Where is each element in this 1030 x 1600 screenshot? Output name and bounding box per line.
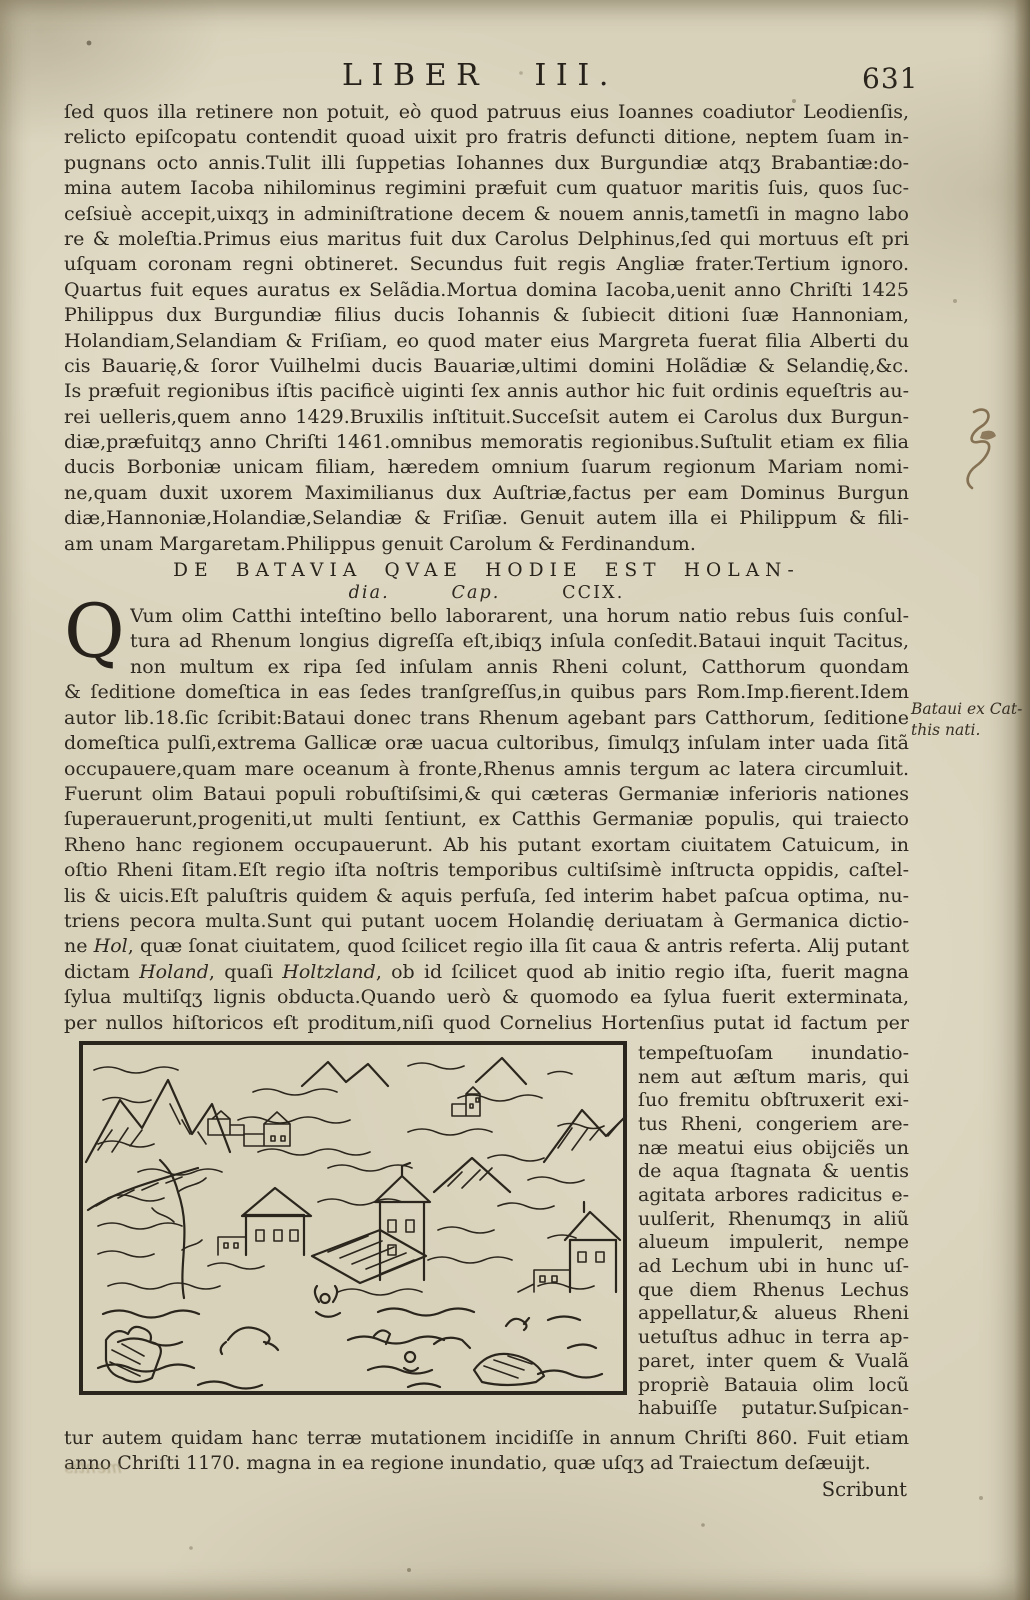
paper-specks bbox=[0, 0, 2, 2]
drop-cap-initial: Q bbox=[64, 607, 122, 657]
text-line: autor lib.18.ſic ſcribit:Bataui donec tr… bbox=[64, 706, 909, 731]
text-line: ducis Borboniæ unicam filiam, hæredem om… bbox=[64, 455, 909, 480]
text-span: am unam Margaretam.Philippus genuit Caro… bbox=[64, 533, 696, 555]
italic-text: Hol bbox=[94, 935, 128, 957]
text-line: tus Rheni, congeriem are- bbox=[638, 1113, 909, 1137]
text-line: Is præfuit regionibus iſtis pacificè uig… bbox=[64, 379, 909, 404]
text-column: ſed quos illa retinere non potuit, eò qu… bbox=[64, 100, 909, 1503]
text-span: relicto epiſcopatu contendit quoad uixit… bbox=[64, 126, 909, 148]
text-span: diæ,Hannoniæ,Holandiæ,Selandiæ & Friſiæ.… bbox=[64, 507, 909, 529]
chapter-heading-line1: DE BATAVIA QVAE HODIE EST HOLAN- bbox=[64, 559, 909, 583]
text-span: Quartus fuit eques auratus ex Selãdia.Mo… bbox=[64, 279, 909, 301]
text-span: occupauere,quam mare oceanum à fronte,Rh… bbox=[64, 758, 909, 780]
text-line: Holandiam,Selandiam & Friſiam, eo quod m… bbox=[64, 329, 909, 354]
text-span: uetuſtus adhuc in terra ap- bbox=[638, 1326, 909, 1348]
text-line: nem aut æſtum maris, qui bbox=[638, 1066, 909, 1090]
text-line: appellatur,& alueus Rheni bbox=[638, 1302, 909, 1326]
text-line: lis & uicis.Eſt paluſtris quidem & aquis… bbox=[64, 884, 909, 909]
text-span: uulſerit, Rhenumqʒ in aliũ bbox=[638, 1208, 909, 1230]
text-line: Vum olim Catthi inteſtino bello laborare… bbox=[130, 604, 909, 629]
chapter-heading: DE BATAVIA QVAE HODIE EST HOLAN- dia. Ca… bbox=[64, 559, 909, 604]
text-span: Holandiam,Selandiam & Friſiam, eo quod m… bbox=[64, 330, 909, 352]
page-edge-shadow bbox=[1014, 0, 1030, 1600]
text-span: ſuo fremitu obſtruxerit exi- bbox=[638, 1089, 909, 1111]
text-line: Rheno hanc regionem occupauerunt. Ab his… bbox=[64, 833, 909, 858]
text-line: & ſeditione domeſtica in eas ſedes tranſ… bbox=[64, 680, 909, 705]
chapter-opening-lines: Vum olim Catthi inteſtino bello laborare… bbox=[64, 604, 909, 655]
text-span: Fuerunt olim Bataui populi robuſtiſsimi,… bbox=[64, 783, 909, 805]
running-header: LIBER III. bbox=[0, 58, 960, 93]
margin-note-line2: this nati. bbox=[911, 720, 1029, 741]
chapter-opening: Q Vum olim Catthi inteſtino bello labora… bbox=[64, 604, 909, 655]
text-span: re & moleſtia.Primus eius maritus fuit d… bbox=[64, 228, 909, 250]
text-span: anno Chriſti 1170. magna in ea regione i… bbox=[64, 1452, 871, 1474]
text-line: ne,quam duxit uxorem Maximilianus dux Au… bbox=[64, 481, 909, 506]
text-line: dictam Holand, quaſi Holtzland, ob id ſc… bbox=[64, 960, 909, 985]
page-number: 631 bbox=[862, 62, 918, 95]
text-line: domeſtica pulſi,extrema Gallicæ oræ uacu… bbox=[64, 731, 909, 756]
text-line: mina autem Iacoba nihilominus regimini p… bbox=[64, 176, 909, 201]
text-span: Vum olim Catthi inteſtino bello laborare… bbox=[130, 605, 909, 627]
text-line: Fuerunt olim Bataui populi robuſtiſsimi,… bbox=[64, 782, 909, 807]
flood-paragraph-column: tempeſtuoſam inundatio-nem aut æſtum mar… bbox=[638, 1040, 909, 1421]
flood-woodcut-svg bbox=[78, 1040, 628, 1419]
text-line: diæ,præfuitqʒ anno Chriſti 1461.omnibus … bbox=[64, 430, 909, 455]
chapter-heading-number: CCIX. bbox=[562, 583, 624, 603]
text-span: propriè Batauia olim locũ bbox=[638, 1374, 909, 1396]
catchword: Scribunt bbox=[64, 1477, 909, 1503]
closing-paragraph: tur autem quidam hanc terræ mutationem i… bbox=[64, 1426, 909, 1477]
text-span: mina autem Iacoba nihilominus regimini p… bbox=[64, 177, 909, 199]
text-line: uulſerit, Rhenumqʒ in aliũ bbox=[638, 1208, 909, 1232]
text-line: am unam Margaretam.Philippus genuit Caro… bbox=[64, 532, 909, 557]
text-span: per nullos hiſtoricos eſt proditum,niſi … bbox=[64, 1012, 909, 1034]
text-line: alueum impulerit, nempe bbox=[638, 1231, 909, 1255]
italic-text: Holtzland bbox=[282, 961, 376, 983]
italic-text: Holand bbox=[139, 961, 209, 983]
text-line: tur autem quidam hanc terræ mutationem i… bbox=[64, 1426, 909, 1451]
text-line: ſuo fremitu obſtruxerit exi- bbox=[638, 1089, 909, 1113]
text-line: tempeſtuoſam inundatio- bbox=[638, 1042, 909, 1066]
text-span: ſed quos illa retinere non potuit, eò qu… bbox=[64, 101, 909, 123]
continuation-paragraph: ſed quos illa retinere non potuit, eò qu… bbox=[64, 100, 909, 557]
text-span: tur autem quidam hanc terræ mutationem i… bbox=[64, 1427, 909, 1449]
text-span: Rheno hanc regionem occupauerunt. Ab his… bbox=[64, 834, 909, 856]
text-span: tus Rheni, congeriem are- bbox=[638, 1113, 909, 1135]
text-line: propriè Batauia olim locũ bbox=[638, 1374, 909, 1398]
text-line: pugnans octo annis.Tulit illi ſuppetias … bbox=[64, 151, 909, 176]
text-line: ſuperauerunt,progeniti,ut multi ſentiunt… bbox=[64, 807, 909, 832]
text-span: domeſtica pulſi,extrema Gallicæ oræ uacu… bbox=[64, 732, 909, 754]
text-span: ne bbox=[64, 935, 94, 957]
text-span: appellatur,& alueus Rheni bbox=[638, 1302, 909, 1324]
text-line: rei uelleris,quem anno 1429.Bruxilis inſ… bbox=[64, 405, 909, 430]
illustration-row: tempeſtuoſam inundatio-nem aut æſtum mar… bbox=[64, 1040, 909, 1423]
text-span: nem aut æſtum maris, qui bbox=[638, 1066, 909, 1088]
chapter-heading-line2: dia. Cap. CCIX. bbox=[64, 583, 909, 604]
text-line: næ meatui eius obijciẽs un bbox=[638, 1137, 909, 1161]
text-line: per nullos hiſtoricos eſt proditum,niſi … bbox=[64, 1011, 909, 1036]
chapter-heading-dia: dia. bbox=[349, 583, 390, 603]
text-line: occupauere,quam mare oceanum à fronte,Rh… bbox=[64, 757, 909, 782]
text-span: & ſeditione domeſtica in eas ſedes tranſ… bbox=[64, 681, 909, 703]
text-span: ſuperauerunt,progeniti,ut multi ſentiunt… bbox=[64, 808, 909, 830]
text-line: uſquam coronam regni obtineret. Secundus… bbox=[64, 252, 909, 277]
text-line: de aqua ſtagnata & uentis bbox=[638, 1160, 909, 1184]
text-span: ducis Borboniæ unicam filiam, hæredem om… bbox=[64, 456, 909, 478]
chapter-body: non multum ex ripa ſed inſulam annis Rhe… bbox=[64, 655, 909, 1036]
text-line: tura ad Rhenum longius digreſſa eſt,ibiq… bbox=[130, 629, 909, 654]
text-line: Philippus dux Burgundiæ filius ducis Ioh… bbox=[64, 303, 909, 328]
text-span: tempeſtuoſam inundatio- bbox=[638, 1042, 909, 1064]
text-span: oſtio Rheni ſitam.Eſt regio iſta noſtris… bbox=[64, 859, 909, 881]
text-span: agitata arbores radicitus e- bbox=[638, 1184, 909, 1206]
text-span: alueum impulerit, nempe bbox=[638, 1231, 909, 1253]
text-line: ne Hol, quæ ſonat ciuitatem, quod ſcilic… bbox=[64, 934, 909, 959]
flood-woodcut-illustration bbox=[78, 1040, 628, 1423]
text-span: Philippus dux Burgundiæ filius ducis Ioh… bbox=[64, 304, 909, 326]
text-line: oſtio Rheni ſitam.Eſt regio iſta noſtris… bbox=[64, 858, 909, 883]
text-line: re & moleſtia.Primus eius maritus fuit d… bbox=[64, 227, 909, 252]
text-line: anno Chriſti 1170. magna in ea regione i… bbox=[64, 1451, 909, 1476]
text-span: pugnans octo annis.Tulit illi ſuppetias … bbox=[64, 152, 909, 174]
text-span: Is præfuit regionibus iſtis pacificè uig… bbox=[64, 380, 909, 402]
chapter-heading-cap: Cap. bbox=[451, 583, 500, 603]
text-span: , quaſi bbox=[209, 961, 282, 983]
text-span: tura ad Rhenum longius digreſſa eſt,ibiq… bbox=[130, 630, 909, 652]
text-line: uetuſtus adhuc in terra ap- bbox=[638, 1326, 909, 1350]
text-line: cis Bauarię,& ſoror Vuilhelmi ducis Baua… bbox=[64, 354, 909, 379]
text-span: , ob id ſcilicet quod ab initio regio iſ… bbox=[376, 961, 909, 983]
text-span: ceſsiuè accepit,uixqʒ in adminiſtratione… bbox=[64, 203, 909, 225]
text-span: , quæ ſonat ciuitatem, quod ſcilicet reg… bbox=[128, 935, 909, 957]
text-span: paret, inter quem & Vualã bbox=[638, 1350, 909, 1372]
text-span: uſquam coronam regni obtineret. Secundus… bbox=[64, 253, 909, 275]
text-span: ad Lechum ubi in hunc uſ- bbox=[638, 1255, 909, 1277]
text-line: ſylua multiſqʒ lignis obducta.Quando uer… bbox=[64, 985, 909, 1010]
text-line: ad Lechum ubi in hunc uſ- bbox=[638, 1255, 909, 1279]
handwritten-mark-svg bbox=[944, 400, 1002, 496]
text-span: triens pecora multa.Sunt qui putant uoce… bbox=[64, 910, 909, 932]
text-line: triens pecora multa.Sunt qui putant uoce… bbox=[64, 909, 909, 934]
text-line: ſed quos illa retinere non potuit, eò qu… bbox=[64, 100, 909, 125]
text-span: ne,quam duxit uxorem Maximilianus dux Au… bbox=[64, 482, 909, 504]
margin-note-line1: Bataui ex Cat- bbox=[911, 699, 1029, 720]
text-span: habuiſſe putatur.Suſpican- bbox=[638, 1397, 909, 1419]
book-page-scan: LIBER III. 631 ſed quos illa retinere no… bbox=[0, 0, 1030, 1600]
text-span: que diem Rhenus Lechus bbox=[638, 1279, 909, 1301]
text-line: que diem Rhenus Lechus bbox=[638, 1279, 909, 1303]
text-line: paret, inter quem & Vualã bbox=[638, 1350, 909, 1374]
text-line: habuiſſe putatur.Suſpican- bbox=[638, 1397, 909, 1421]
text-span: de aqua ſtagnata & uentis bbox=[638, 1160, 909, 1182]
printed-margin-note: Bataui ex Cat- this nati. bbox=[911, 699, 1029, 741]
text-span: diæ,præfuitqʒ anno Chriſti 1461.omnibus … bbox=[64, 431, 909, 453]
text-span: dictam bbox=[64, 961, 139, 983]
text-line: non multum ex ripa ſed inſulam annis Rhe… bbox=[130, 655, 909, 680]
text-line: Quartus fuit eques auratus ex Selãdia.Mo… bbox=[64, 278, 909, 303]
text-span: rei uelleris,quem anno 1429.Bruxilis inſ… bbox=[64, 406, 909, 428]
text-span: ſylua multiſqʒ lignis obducta.Quando uer… bbox=[64, 986, 909, 1008]
handwritten-margin-mark bbox=[944, 400, 1002, 500]
text-span: non multum ex ripa ſed inſulam annis Rhe… bbox=[130, 656, 909, 680]
text-line: ceſsiuè accepit,uixqʒ in adminiſtratione… bbox=[64, 202, 909, 227]
text-span: næ meatui eius obijciẽs un bbox=[638, 1137, 909, 1159]
text-span: autor lib.18.ſic ſcribit:Bataui donec tr… bbox=[64, 707, 909, 729]
text-span: cis Bauarię,& ſoror Vuilhelmi ducis Baua… bbox=[64, 355, 909, 377]
show-through-text: mentis bbox=[64, 1458, 122, 1478]
text-line: agitata arbores radicitus e- bbox=[638, 1184, 909, 1208]
text-line: diæ,Hannoniæ,Holandiæ,Selandiæ & Friſiæ.… bbox=[64, 506, 909, 531]
text-span: lis & uicis.Eſt paluſtris quidem & aquis… bbox=[64, 885, 909, 907]
text-line: relicto epiſcopatu contendit quoad uixit… bbox=[64, 125, 909, 150]
